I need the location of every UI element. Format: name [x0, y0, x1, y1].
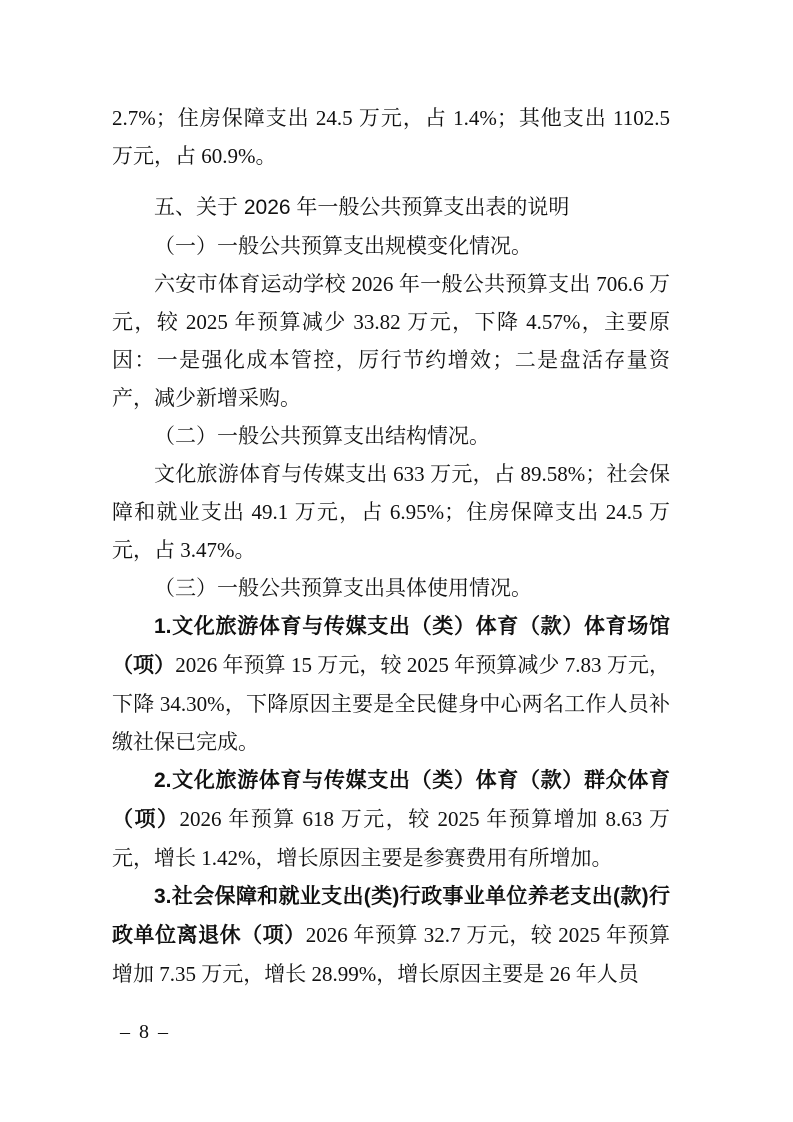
subsection-3-heading: （三）一般公共预算支出具体使用情况。 — [112, 569, 670, 607]
page-content: 2.7%；住房保障支出 24.5 万元，占 1.4%；其他支出 1102.5 万… — [112, 99, 670, 993]
page-number: – 8 – — [120, 1020, 170, 1044]
document-page: 2.7%；住房保障支出 24.5 万元，占 1.4%；其他支出 1102.5 万… — [0, 0, 793, 1122]
budget-item-2: 2.文化旅游体育与传媒支出（类）体育（款）群众体育（项）2026 年预算 618… — [112, 761, 670, 877]
subsection-2-paragraph: 文化旅游体育与传媒支出 633 万元，占 89.58%；社会保障和就业支出 49… — [112, 455, 670, 569]
subsection-2-heading: （二）一般公共预算支出结构情况。 — [112, 417, 670, 455]
budget-item-3: 3.社会保障和就业支出(类)行政事业单位养老支出(款)行政单位离退休（项）202… — [112, 877, 670, 993]
subsection-1-paragraph: 六安市体育运动学校 2026 年一般公共预算支出 706.6 万元，较 2025… — [112, 265, 670, 417]
budget-item-1-text: 2026 年预算 15 万元，较 2025 年预算减少 7.83 万元，下降 3… — [112, 653, 670, 754]
budget-item-1: 1.文化旅游体育与传媒支出（类）体育（款）体育场馆（项）2026 年预算 15 … — [112, 607, 670, 761]
paragraph-continuation: 2.7%；住房保障支出 24.5 万元，占 1.4%；其他支出 1102.5 万… — [112, 99, 670, 175]
budget-item-2-text: 2026 年预算 618 万元，较 2025 年预算增加 8.63 万元，增长 … — [112, 807, 670, 870]
section-heading: 五、关于 2026 年一般公共预算支出表的说明 — [112, 189, 670, 227]
subsection-1-heading: （一）一般公共预算支出规模变化情况。 — [112, 227, 670, 265]
